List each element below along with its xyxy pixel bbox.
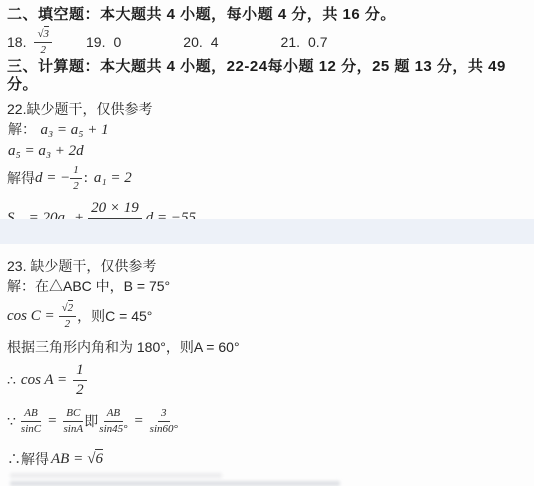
fraction-numerator: 20 × 19 (88, 200, 142, 219)
q22-eq2-line: a₅ = a₃ + 2d (8, 142, 526, 160)
ji-label: 即 (84, 411, 98, 431)
q22-title: 22.缺少题干，仅供参考 (7, 101, 526, 117)
answer-18-value: √3 2 (34, 28, 52, 56)
q23-cosc-fraction: √2 2 (59, 302, 77, 330)
separator: : (84, 170, 88, 187)
fraction-numerator: √2 (59, 302, 77, 317)
scan-artifact-band (0, 219, 534, 244)
q23-cosa-line: ∴ cos A = 1 2 (7, 362, 87, 398)
scanned-exam-answer-page: 二、填空题：本大题共 4 小题，每小题 4 分，共 16 分。 18. √3 2… (0, 0, 534, 486)
answer-18-denominator: 2 (40, 43, 46, 56)
fraction-denominator: 2 (73, 179, 79, 192)
sine-fraction-1: AB sinC (21, 407, 41, 435)
fraction-denominator: sinA (63, 422, 83, 435)
answer-20-label: 20. (183, 34, 202, 50)
q22-eq2: a₅ = a₃ + 2d (8, 143, 84, 159)
because-symbol: ∵ (7, 413, 16, 430)
fill-in-answers-row: 18. √3 2 19. 0 20. 4 21. 0.7 (7, 28, 526, 56)
answer-18-numerator: √3 (34, 28, 52, 43)
q22-solve-line: 解得 d = − 1 2 : a₁ = 2 (7, 167, 526, 189)
q23-cosc-line: cos C = √2 2 ，则C = 45° (7, 303, 152, 329)
answer-18-label: 18. (7, 34, 26, 50)
fraction-numerator: 1 (73, 362, 87, 381)
q23-cosa-fraction: 1 2 (73, 362, 87, 398)
cut-off-ghost-text (10, 473, 222, 478)
q23-title: 23. 缺少题干，仅供参考 (7, 258, 156, 274)
radical-sign: √ (62, 302, 68, 314)
answer-19-value: 0 (113, 34, 121, 50)
q23-sine-rule-line: ∵ AB sinC = BC sinA 即 AB sin45° = 3 sin6… (7, 406, 178, 436)
equals-sign: = (134, 413, 144, 430)
q23-result-prefix: ∴解得 (7, 449, 49, 469)
fraction-denominator: 2 (76, 381, 84, 398)
sine-fraction-2: BC sinA (63, 407, 83, 435)
q23-cosc-lhs: cos C = (7, 308, 55, 325)
fraction-numerator: BC (63, 407, 83, 422)
fraction-denominator: sinC (21, 422, 41, 435)
answer-19-label: 19. (86, 34, 105, 50)
fraction-numerator: AB (104, 407, 123, 422)
radicand: 2 (68, 300, 74, 314)
fraction-numerator: 3 (158, 407, 170, 422)
q22-d-fraction: 1 2 (70, 164, 82, 192)
equals-sign: = (47, 413, 57, 430)
answer-20-value: 4 (211, 34, 219, 50)
q23-cosa-lhs: cos A = (21, 372, 67, 389)
sine-fraction-3: AB sin45° (99, 407, 127, 435)
cut-off-next-line (10, 481, 340, 486)
radicand: 6 (95, 449, 103, 467)
q23-line3: 根据三角形内角和为 180°，则A = 60° (7, 339, 240, 355)
radical-sign: √ (37, 28, 43, 40)
fraction-numerator: 1 (70, 164, 82, 179)
solve2-label: 解得 (7, 168, 35, 188)
q23-result-math: AB = (51, 451, 83, 468)
section2-heading: 二、填空题：本大题共 4 小题，每小题 4 分，共 16 分。 (7, 6, 526, 24)
q22-eq1: a₃ = a₅ + 1 (40, 122, 108, 138)
q22-d-lhs: d = − (35, 170, 70, 187)
radicand: 3 (44, 26, 50, 40)
fraction-denominator: sin60° (150, 422, 178, 435)
fraction-numerator: AB (21, 407, 40, 422)
section3-heading: 三、计算题：本大题共 4 小题，22-24每小题 12 分，25 题 13 分，… (7, 58, 526, 94)
answer-21-label: 21. (281, 34, 300, 50)
solve-label: 解： (8, 121, 36, 137)
therefore-symbol: ∴ (7, 372, 16, 389)
fraction-denominator: 2 (65, 317, 71, 330)
q22-a1-eq: a₁ = 2 (94, 170, 132, 187)
q23-result-line: ∴解得 AB = √6 (7, 448, 103, 470)
q23-result-sqrt: √6 (87, 451, 103, 468)
fraction-denominator: sin45° (99, 422, 127, 435)
sine-fraction-4: 3 sin60° (150, 407, 178, 435)
answer-21-value: 0.7 (308, 34, 327, 50)
q23-line1: 解：在△ABC 中，B = 75° (7, 278, 170, 294)
q22-eq1-line: 解： a₃ = a₅ + 1 (8, 121, 526, 139)
q23-cosc-tail: ，则C = 45° (77, 306, 152, 326)
